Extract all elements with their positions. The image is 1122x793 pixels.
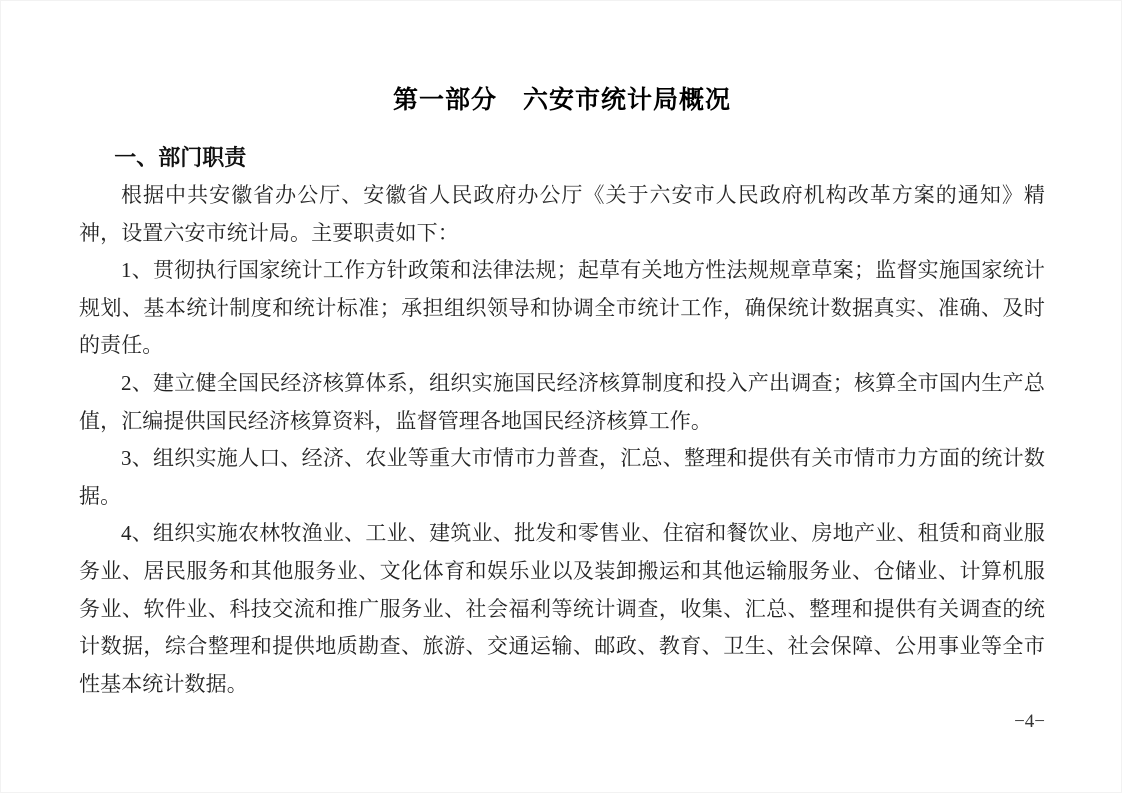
page-number: −4−: [79, 703, 1045, 741]
page-title: 第一部分 六安市统计局概况: [79, 85, 1045, 115]
section-heading: 一、部门职责: [79, 139, 1045, 177]
document-body: 根据中共安徽省办公厅、安徽省人民政府办公厅《关于六安市人民政府机构改革方案的通知…: [79, 177, 1045, 703]
paragraph-duty-2: 2、建立健全国民经济核算体系，组织实施国民经济核算制度和投入产出调查；核算全市国…: [79, 365, 1045, 440]
document-page: 第一部分 六安市统计局概况 一、部门职责 根据中共安徽省办公厅、安徽省人民政府办…: [0, 0, 1122, 793]
paragraph-duty-1: 1、贯彻执行国家统计工作方针政策和法律法规；起草有关地方性法规规章草案；监督实施…: [79, 252, 1045, 365]
paragraph-intro: 根据中共安徽省办公厅、安徽省人民政府办公厅《关于六安市人民政府机构改革方案的通知…: [79, 177, 1045, 252]
paragraph-duty-3: 3、组织实施人口、经济、农业等重大市情市力普查，汇总、整理和提供有关市情市力方面…: [79, 440, 1045, 515]
paragraph-duty-4: 4、组织实施农林牧渔业、工业、建筑业、批发和零售业、住宿和餐饮业、房地产业、租赁…: [79, 515, 1045, 703]
